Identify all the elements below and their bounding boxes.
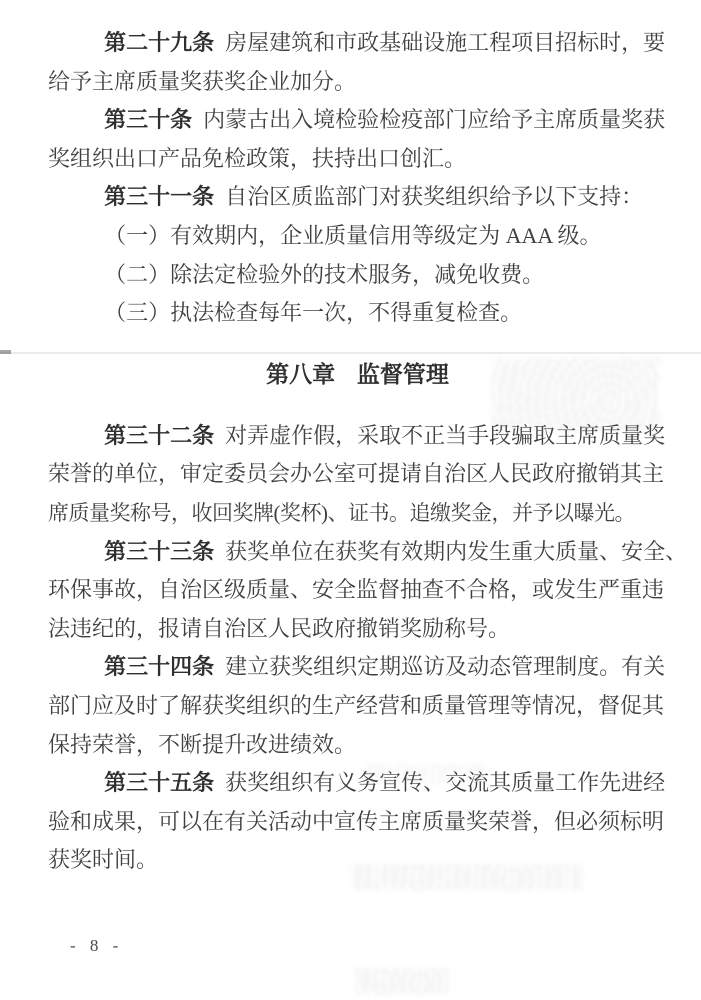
list-item-text: （二）除法定检验外的技术服务，减免收费。 [104,262,544,287]
scan-streak-artifact [0,352,701,354]
article-31-item-1: （一）有效期内，企业质量信用等级定为 AAA 级。 [48,217,667,256]
article-34-line-2: 部门应及时了解获奖组织的生产经营和质量管理等情况，督促其 [48,687,667,726]
article-34-label: 第三十四条 [104,654,214,679]
article-33-line-1: 第三十三条获奖单位在获奖有效期内发生重大质量、安全、 [48,533,667,572]
article-31-item-3: （三）执法检查每年一次，不得重复检查。 [48,294,667,333]
page-number: - 8 - [70,936,123,956]
article-33-label: 第三十三条 [104,539,214,564]
article-32-line-3: 席质量奖称号，收回奖牌(奖杯)、证书。追缴奖金，并予以曝光。 [48,494,667,533]
article-31-text: 自治区质监部门对获奖组织给予以下支持： [225,184,643,209]
article-34-text-cont: 保持荣誉，不断提升改进绩效。 [48,732,356,757]
scan-streak-edge-mark [0,350,11,354]
article-33-text-cont: 法违纪的，报请自治区人民政府撤销奖励称号。 [48,616,510,641]
article-29-line-1: 第二十九条房屋建筑和市政基础设施工程项目招标时，要 [48,24,667,63]
article-29-text-cont: 给予主席质量奖获奖企业加分。 [48,69,356,94]
article-35-line-1: 第三十五条获奖组织有义务宣传、交流其质量工作先进经 [48,764,667,803]
list-item-text: （三）执法检查每年一次，不得重复检查。 [104,300,522,325]
article-30-label: 第三十条 [104,107,192,132]
article-30-text: 内蒙古出入境检验检疫部门应给予主席质量奖获 [203,107,665,132]
chapter-number: 第八章 [266,361,335,387]
article-35-label: 第三十五条 [104,770,214,795]
article-33-text: 获奖单位在获奖有效期内发生重大质量、安全、 [225,539,687,564]
article-30-line-1: 第三十条内蒙古出入境检验检疫部门应给予主席质量奖获 [48,101,667,140]
article-34-text: 建立获奖组织定期巡访及动态管理制度。有关 [225,654,665,679]
article-32-line-2: 荣誉的单位，审定委员会办公室可提请自治区人民政府撤销其主 [48,455,667,494]
article-34-text-cont: 部门应及时了解获奖组织的生产经营和质量管理等情况，督促其 [48,693,664,718]
article-30-line-2: 奖组织出口产品免检政策，扶持出口创汇。 [48,140,667,179]
article-29-label: 第二十九条 [104,30,214,55]
article-34-line-3: 保持荣誉，不断提升改进绩效。 [48,726,667,765]
article-29-line-2: 给予主席质量奖获奖企业加分。 [48,63,667,102]
document-page: { "doc": { "section1": { "lines": [ { "l… [0,0,701,1000]
article-29-text: 房屋建筑和市政基础设施工程项目招标时，要 [225,30,665,55]
article-32-text-cont: 席质量奖称号，收回奖牌(奖杯)、证书。追缴奖金，并予以曝光。 [48,501,635,525]
article-35-line-2: 验和成果，可以在有关活动中宣传主席质量奖荣誉，但必须标明 [48,803,667,842]
article-32-text-cont: 荣誉的单位，审定委员会办公室可提请自治区人民政府撤销其主 [48,461,664,486]
article-35-text-cont: 验和成果，可以在有关活动中宣传主席质量奖荣誉，但必须标明 [48,809,664,834]
scan-bleedthrough-artifact [368,764,488,784]
article-33-text-cont: 环保事故，自治区级质量、安全监督抽查不合格，或发生严重违 [48,577,664,602]
article-30-text-cont: 奖组织出口产品免检政策，扶持出口创汇。 [48,146,466,171]
article-33-line-2: 环保事故，自治区级质量、安全监督抽查不合格，或发生严重违 [48,571,667,610]
scan-bleedthrough-artifact [350,864,582,890]
article-31-item-2: （二）除法定检验外的技术服务，减免收费。 [48,256,667,295]
article-33-line-3: 法违纪的，报请自治区人民政府撤销奖励称号。 [48,610,667,649]
article-35-text-cont: 获奖时间。 [48,847,158,872]
scan-bleedthrough-artifact [356,968,448,994]
document-body: 第二十九条房屋建筑和市政基础设施工程项目招标时，要 给予主席质量奖获奖企业加分。… [0,0,701,880]
article-32-label: 第三十二条 [104,423,214,448]
chapter-title: 监督管理 [357,361,449,387]
article-34-line-1: 第三十四条建立获奖组织定期巡访及动态管理制度。有关 [48,648,667,687]
list-item-text: （一）有效期内，企业质量信用等级定为 AAA 级。 [104,223,601,248]
scan-bleedthrough-artifact [492,358,660,432]
article-31-line-1: 第三十一条自治区质监部门对获奖组织给予以下支持： [48,178,667,217]
article-31-label: 第三十一条 [104,184,214,209]
